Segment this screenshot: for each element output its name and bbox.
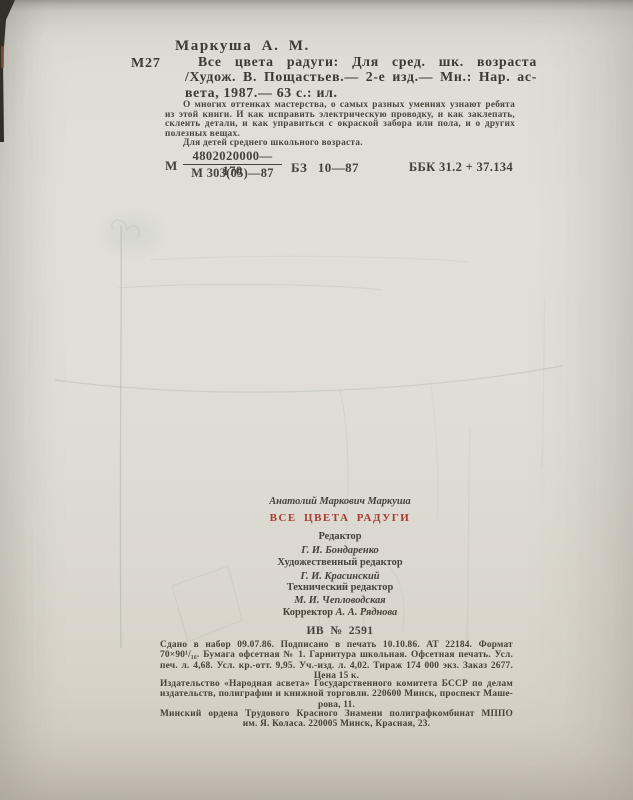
catalog-letter: М xyxy=(165,158,177,174)
ib-number: ИВ № 2591 xyxy=(140,624,540,637)
catalog-entry-line: /Худож. В. Пощастьев.— 2-е изд.— Мн.: На… xyxy=(185,69,537,84)
publisher-block: Издательство «Народная асвета» Государст… xyxy=(160,679,513,710)
art-editor-role: Художественный редактор xyxy=(140,557,540,568)
imprint-line: 70×90¹/₁₆. Бумага офсетная № 1. Гарнитур… xyxy=(160,650,513,660)
book-cover-edge xyxy=(0,0,18,142)
audience-note: Для детей среднего школьного возраста. xyxy=(165,139,515,149)
art-editor-name: Г. И. Красинский xyxy=(140,571,540,582)
publisher-line: Издательство «Народная асвета» Государст… xyxy=(160,679,513,689)
printer-line: Минский ордена Трудового Красного Знамен… xyxy=(160,709,513,719)
catalog-entry-line: Все цвета радуги: Для сред. шк. возраста xyxy=(185,54,537,69)
series-code: БЗ 10—87 xyxy=(291,160,359,176)
book-imprint-page: Маркуша А. М. М27 Все цвета радуги: Для … xyxy=(0,0,633,800)
editor-name: Г. И. Бондаренко xyxy=(140,545,540,556)
page-top-edge xyxy=(0,0,633,12)
fraction-bar xyxy=(183,164,282,165)
imprint-line: печ. л. 4,68. Усл. кр.-отт. 9,95. Уч.-из… xyxy=(160,661,513,671)
printer-line: им. Я. Коласа. 220005 Минск, Красная, 23… xyxy=(160,719,513,729)
paper-stain xyxy=(92,206,172,262)
cover-spine-accent xyxy=(1,46,4,68)
catalog-index-code: М27 xyxy=(131,56,161,72)
author-heading: Маркуша А. М. xyxy=(175,38,310,55)
tech-editor-role: Технический редактор xyxy=(140,582,540,593)
printer-block: Минский ордена Трудового Красного Знамен… xyxy=(160,709,513,730)
publisher-line: издательств, полиграфии и книжной торгов… xyxy=(160,689,513,699)
author-full-name: Анатолий Маркович Маркуша xyxy=(140,496,540,507)
proofreader-line: Корректор А. А. Ряднова xyxy=(140,607,540,618)
annotation-block: О многих оттенках мастерства, о самых ра… xyxy=(165,101,515,149)
catalog-entry: Все цвета радуги: Для сред. шк. возраста… xyxy=(185,54,537,100)
bbk-classification: ББК 31.2 + 37.134 xyxy=(395,160,513,175)
catalog-entry-line: вета, 1987.— 63 с.: ил. xyxy=(185,85,537,100)
catalog-number-denominator: М 303(05)—87 xyxy=(184,166,281,181)
proofreader-role: Корректор xyxy=(283,607,333,618)
imprint-line: Сдано в набор 09.07.86. Подписано в печа… xyxy=(160,640,513,650)
editor-role: Редактор xyxy=(140,531,540,542)
tech-editor-name: М. И. Чепловодская xyxy=(140,595,540,606)
book-title: ВСЕ ЦВЕТА РАДУГИ xyxy=(140,512,540,524)
proofreader-name: А. А. Ряднова xyxy=(336,607,398,618)
imprint-block: Сдано в набор 09.07.86. Подписано в печа… xyxy=(160,640,513,681)
